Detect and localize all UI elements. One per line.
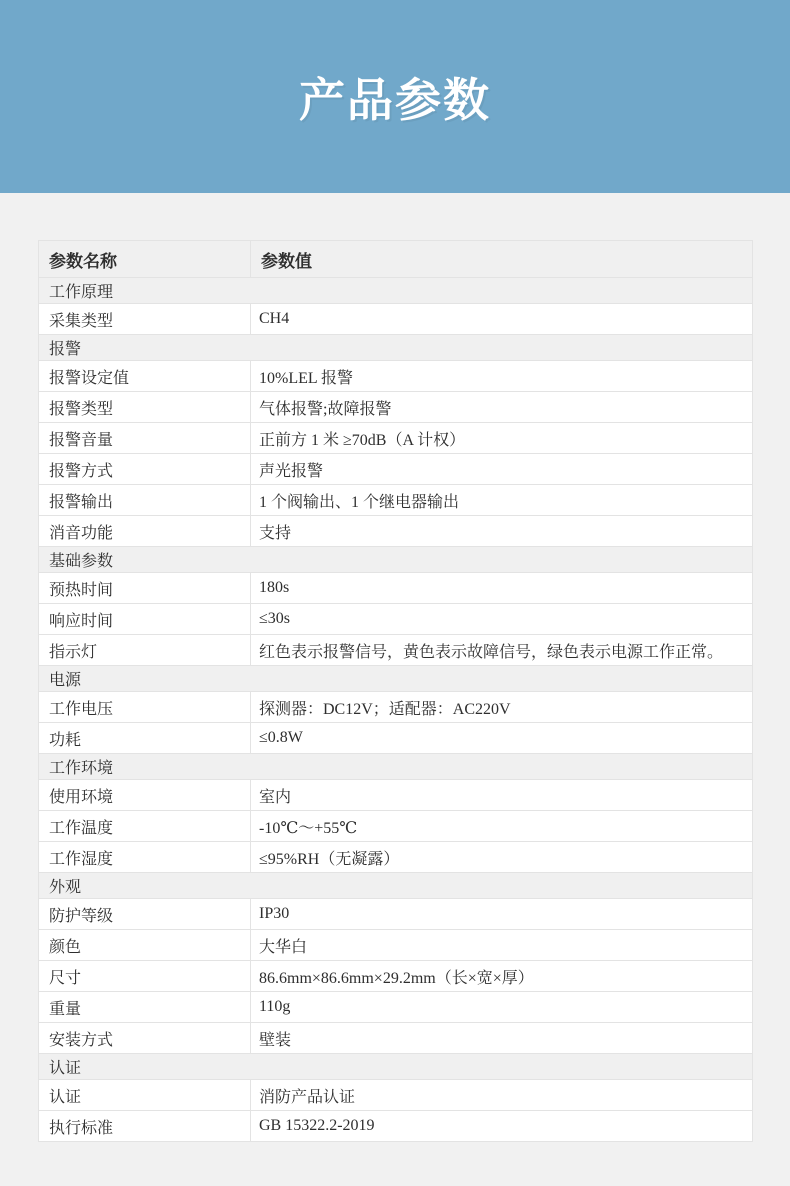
- section-name: 工作原理: [39, 278, 753, 304]
- table-row: 报警方式声光报警: [39, 454, 753, 485]
- table-row: 报警设定值10%LEL 报警: [39, 361, 753, 392]
- section-row-3: 电源: [39, 666, 753, 692]
- param-value: 10%LEL 报警: [251, 361, 753, 392]
- table-row: 执行标准GB 15322.2-2019: [39, 1111, 753, 1142]
- table-row: 重量110g: [39, 992, 753, 1023]
- table-row: 使用环境室内: [39, 780, 753, 811]
- param-value: 红色表示报警信号，黄色表示故障信号，绿色表示电源工作正常。: [251, 635, 753, 666]
- param-value: ≤30s: [251, 604, 753, 635]
- table-row: 预热时间180s: [39, 573, 753, 604]
- table-row: 工作电压探测器：DC12V；适配器：AC220V: [39, 692, 753, 723]
- param-value: 正前方 1 米 ≥70dB（A 计权）: [251, 423, 753, 454]
- table-row: 颜色大华白: [39, 930, 753, 961]
- param-value: 消防产品认证: [251, 1080, 753, 1111]
- section-name: 报警: [39, 335, 753, 361]
- param-name: 报警输出: [39, 485, 251, 516]
- param-name: 报警方式: [39, 454, 251, 485]
- param-name: 尺寸: [39, 961, 251, 992]
- param-value: 壁装: [251, 1023, 753, 1054]
- param-name: 响应时间: [39, 604, 251, 635]
- param-value: 1 个阀输出、1 个继电器输出: [251, 485, 753, 516]
- param-value: 86.6mm×86.6mm×29.2mm（长×宽×厚）: [251, 961, 753, 992]
- param-name: 安装方式: [39, 1023, 251, 1054]
- table-row: 尺寸86.6mm×86.6mm×29.2mm（长×宽×厚）: [39, 961, 753, 992]
- param-name: 颜色: [39, 930, 251, 961]
- section-row-5: 外观: [39, 873, 753, 899]
- param-name: 采集类型: [39, 304, 251, 335]
- param-value: 110g: [251, 992, 753, 1023]
- param-value: IP30: [251, 899, 753, 930]
- param-name: 指示灯: [39, 635, 251, 666]
- param-value: CH4: [251, 304, 753, 335]
- param-name: 重量: [39, 992, 251, 1023]
- param-value: 180s: [251, 573, 753, 604]
- param-value: 声光报警: [251, 454, 753, 485]
- parameters-table: 参数名称 参数值 工作原理采集类型CH4报警报警设定值10%LEL 报警报警类型…: [38, 240, 753, 1142]
- param-name: 报警类型: [39, 392, 251, 423]
- param-value: 室内: [251, 780, 753, 811]
- table-header-row: 参数名称 参数值: [39, 241, 753, 278]
- table-row: 认证消防产品认证: [39, 1080, 753, 1111]
- column-header-param-value: 参数值: [251, 241, 753, 278]
- param-name: 执行标准: [39, 1111, 251, 1142]
- param-value: ≤95%RH（无凝露）: [251, 842, 753, 873]
- param-name: 认证: [39, 1080, 251, 1111]
- table-row: 消音功能支持: [39, 516, 753, 547]
- param-name: 工作湿度: [39, 842, 251, 873]
- param-value: 探测器：DC12V；适配器：AC220V: [251, 692, 753, 723]
- table-row: 功耗≤0.8W: [39, 723, 753, 754]
- section-name: 电源: [39, 666, 753, 692]
- param-name: 预热时间: [39, 573, 251, 604]
- table-row: 指示灯红色表示报警信号，黄色表示故障信号，绿色表示电源工作正常。: [39, 635, 753, 666]
- section-row-6: 认证: [39, 1054, 753, 1080]
- param-name: 功耗: [39, 723, 251, 754]
- param-value: GB 15322.2-2019: [251, 1111, 753, 1142]
- table-row: 工作湿度≤95%RH（无凝露）: [39, 842, 753, 873]
- param-name: 防护等级: [39, 899, 251, 930]
- section-row-2: 基础参数: [39, 547, 753, 573]
- table-row: 工作温度-10℃～+55℃: [39, 811, 753, 842]
- section-name: 认证: [39, 1054, 753, 1080]
- param-value: ≤0.8W: [251, 723, 753, 754]
- table-row: 报警类型气体报警;故障报警: [39, 392, 753, 423]
- param-value: -10℃～+55℃: [251, 811, 753, 842]
- section-name: 外观: [39, 873, 753, 899]
- param-name: 工作电压: [39, 692, 251, 723]
- table-row: 响应时间≤30s: [39, 604, 753, 635]
- table-row: 采集类型CH4: [39, 304, 753, 335]
- section-row-1: 报警: [39, 335, 753, 361]
- table-row: 报警音量正前方 1 米 ≥70dB（A 计权）: [39, 423, 753, 454]
- param-name: 消音功能: [39, 516, 251, 547]
- table-row: 安装方式壁装: [39, 1023, 753, 1054]
- column-header-param-name: 参数名称: [39, 241, 251, 278]
- page-title: 产品参数: [299, 64, 491, 130]
- param-name: 报警设定值: [39, 361, 251, 392]
- parameters-table-container: 参数名称 参数值 工作原理采集类型CH4报警报警设定值10%LEL 报警报警类型…: [38, 240, 752, 1142]
- param-name: 报警音量: [39, 423, 251, 454]
- param-name: 使用环境: [39, 780, 251, 811]
- table-row: 报警输出1 个阀输出、1 个继电器输出: [39, 485, 753, 516]
- section-row-0: 工作原理: [39, 278, 753, 304]
- section-name: 工作环境: [39, 754, 753, 780]
- param-name: 工作温度: [39, 811, 251, 842]
- table-row: 防护等级IP30: [39, 899, 753, 930]
- section-name: 基础参数: [39, 547, 753, 573]
- param-value: 大华白: [251, 930, 753, 961]
- section-row-4: 工作环境: [39, 754, 753, 780]
- title-banner: 产品参数: [0, 0, 790, 193]
- param-value: 气体报警;故障报警: [251, 392, 753, 423]
- param-value: 支持: [251, 516, 753, 547]
